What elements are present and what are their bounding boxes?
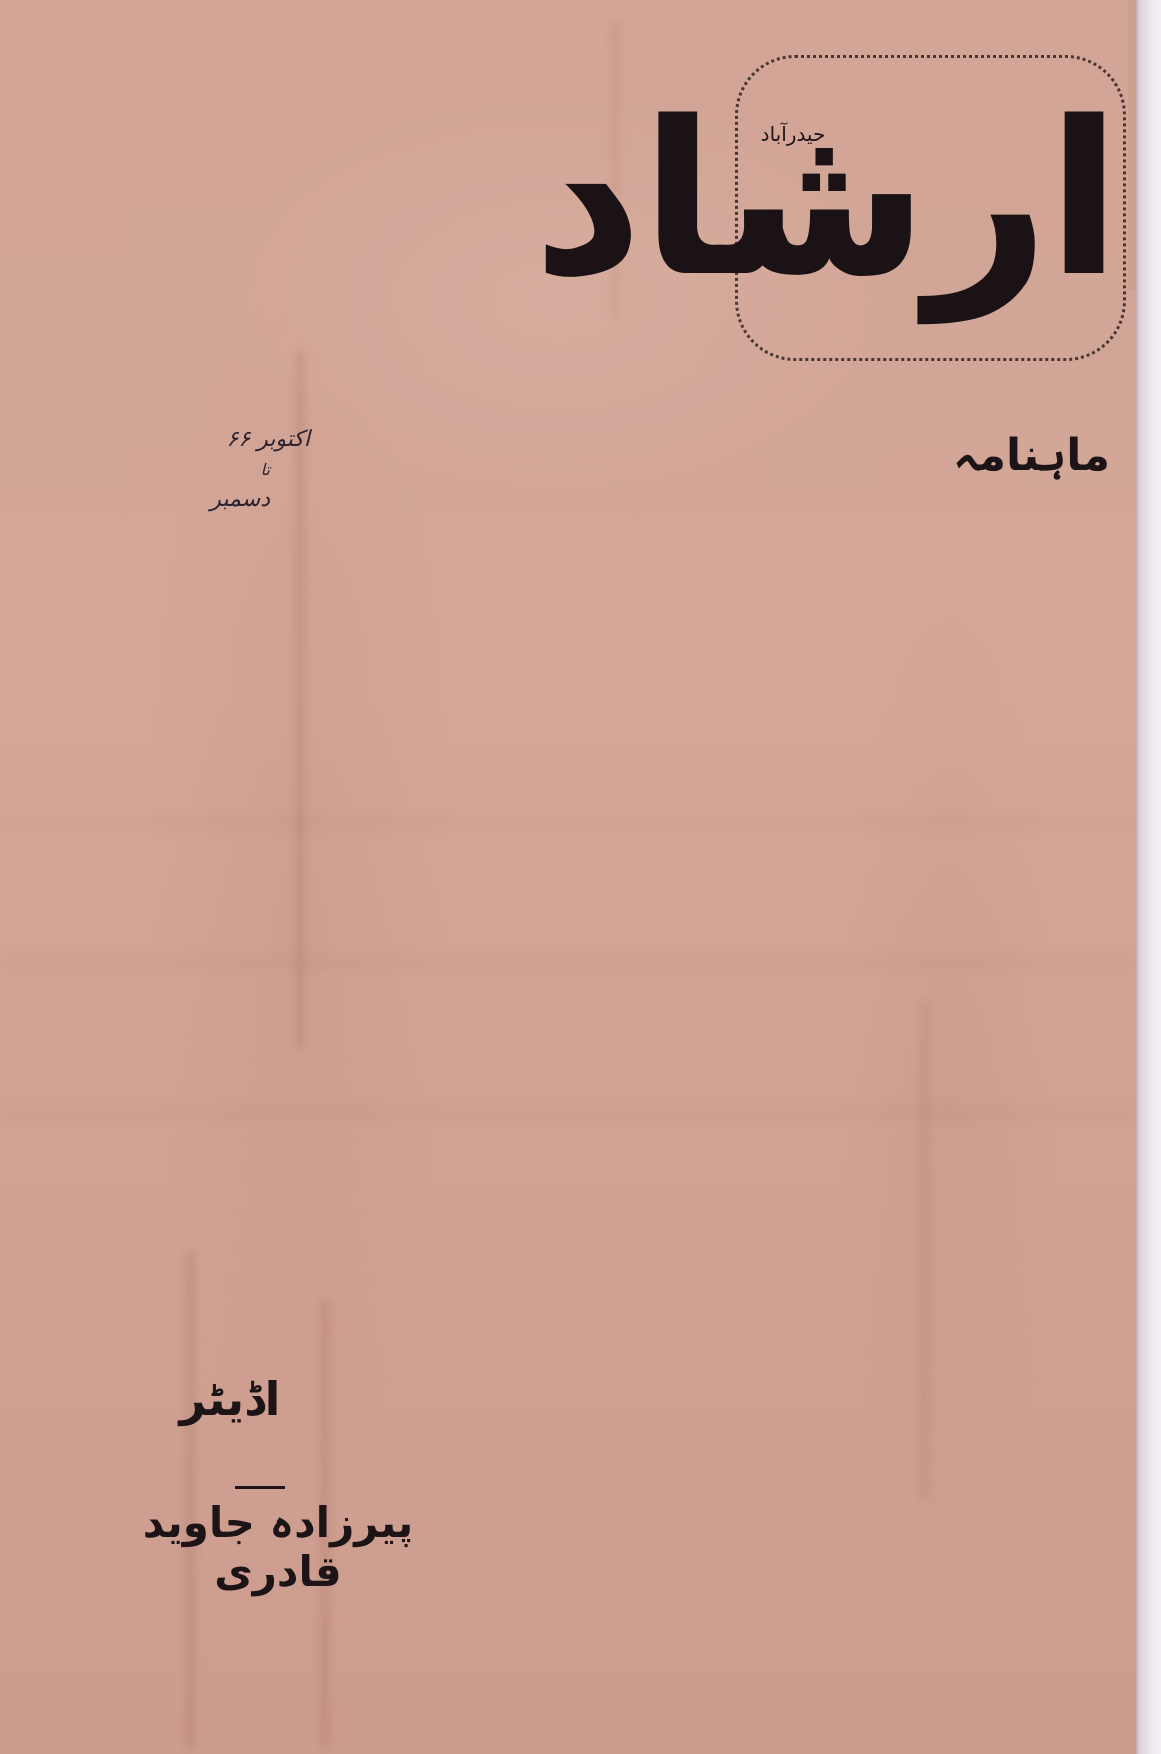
paper-fold xyxy=(0,820,1136,826)
handwritten-line: تا xyxy=(135,455,270,485)
divider xyxy=(235,1486,285,1489)
handwritten-line: دسمبر xyxy=(135,485,270,515)
paper-stain xyxy=(920,1000,930,1500)
editor-name: پیرزادہ جاوید قادری xyxy=(88,1498,468,1596)
masthead: ارشاد xyxy=(740,50,1120,360)
handwritten-line: اکتوبر ۶۶ xyxy=(227,427,311,452)
magazine-title: ارشاد xyxy=(740,50,1120,360)
paper-fold xyxy=(0,960,1136,966)
editor-label: اڈیٹر xyxy=(150,1372,310,1426)
handwritten-date-note: اکتوبر ۶۶ تا دسمبر xyxy=(135,425,310,515)
city-label: حیدرآباد xyxy=(748,122,838,146)
magazine-cover: ارشاد حیدرآباد ماہنامہ اکتوبر ۶۶ تا دسمب… xyxy=(0,0,1136,1754)
binding-strip xyxy=(1136,0,1161,1754)
frequency-label: ماہنامہ xyxy=(970,430,1110,481)
paper-fold xyxy=(0,1110,1136,1116)
